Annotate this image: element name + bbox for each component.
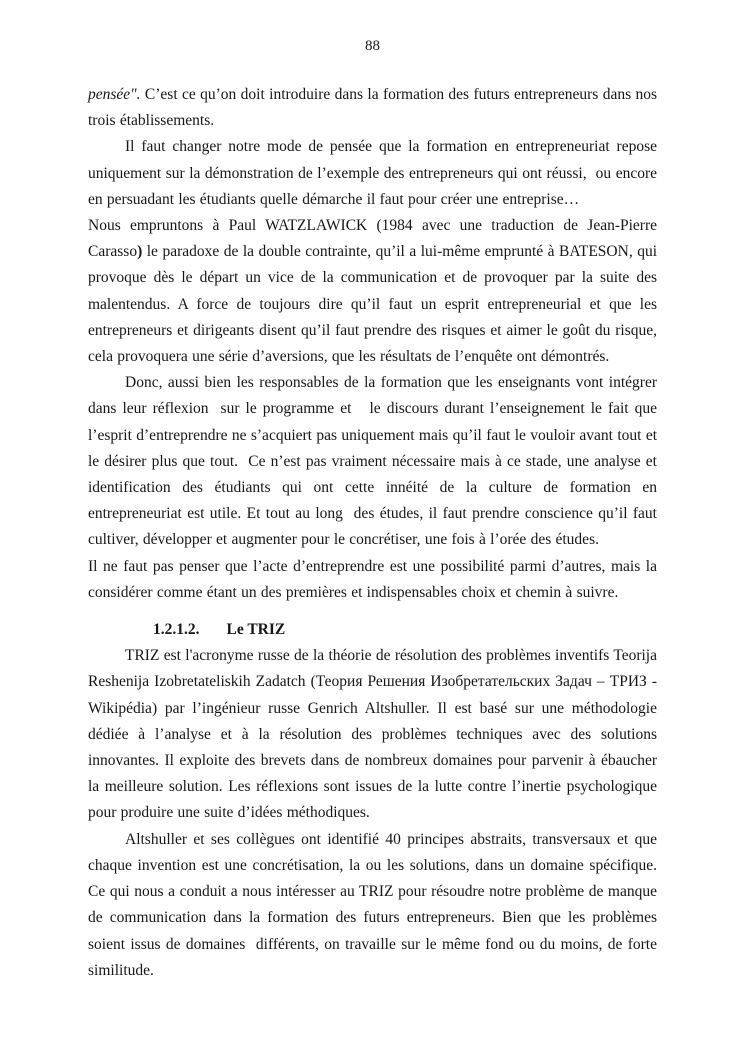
paragraph-intro: pensée". C’est ce qu’on doit introduire … <box>88 82 657 134</box>
paragraph-intro-italic-text: pensée". <box>88 86 141 103</box>
paragraph-intro-text: C’est ce qu’on doit introduire dans la f… <box>88 86 657 129</box>
section-heading: 1.2.1.2.Le TRIZ <box>153 617 657 643</box>
paragraph-altshuller-principes: Altshuller et ses collègues ont identifi… <box>88 827 657 984</box>
paragraph-acte-entreprendre: Il ne faut pas penser que l’acte d’entre… <box>88 554 657 606</box>
document-page: 88 pensée". C’est ce qu’on doit introdui… <box>0 0 745 1053</box>
section-heading-number: 1.2.1.2. <box>153 621 200 638</box>
page-number: 88 <box>88 36 657 56</box>
section-heading-title: Le TRIZ <box>227 621 286 638</box>
paragraph-triz-definition: TRIZ est l'acronyme russe de la théorie … <box>88 643 657 826</box>
paragraph-mode-de-pensee: Il faut changer notre mode de pensée que… <box>88 134 657 213</box>
paragraph-watzlawick: Nous empruntons à Paul WATZLAWICK (1984 … <box>88 213 657 370</box>
document-body: pensée". C’est ce qu’on doit introduire … <box>88 82 657 984</box>
paragraph-watzlawick-rest: le paradoxe de la double contrainte, qu’… <box>88 243 657 365</box>
paragraph-donc-responsables: Donc, aussi bien les responsables de la … <box>88 370 657 553</box>
